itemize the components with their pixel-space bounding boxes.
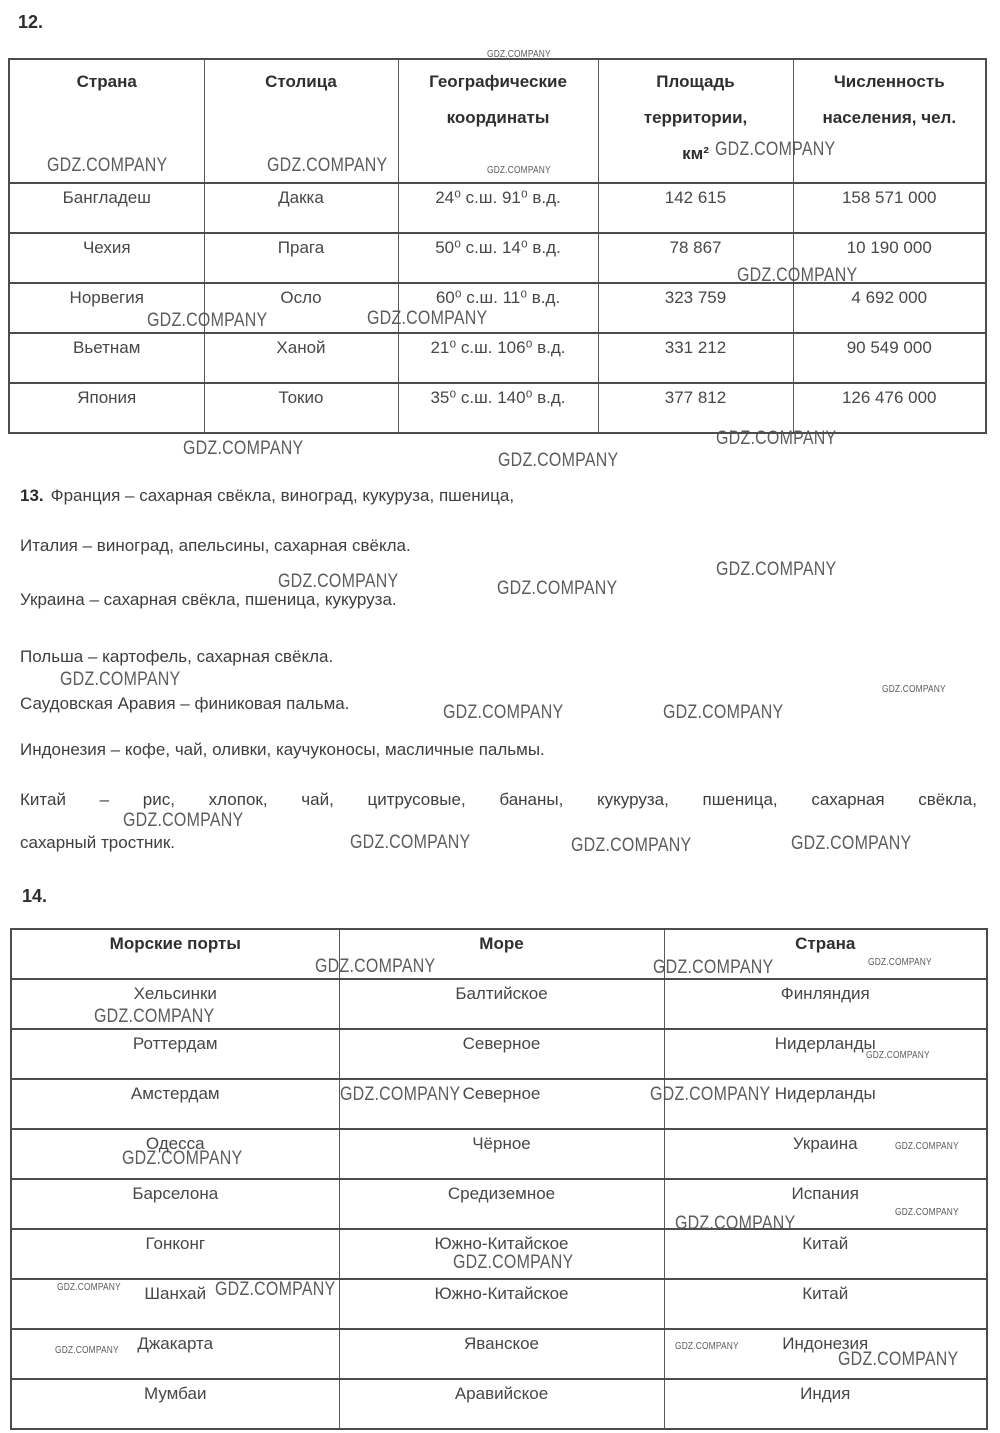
column-header: Численность населения, чел. bbox=[793, 59, 986, 183]
gdz-watermark: GDZ.COMPANY bbox=[663, 702, 783, 724]
table-cell: Чехия bbox=[9, 233, 204, 283]
table-cell: Китай bbox=[664, 1279, 987, 1329]
table-cell: Осло bbox=[204, 283, 398, 333]
table-cell: Украина bbox=[664, 1129, 987, 1179]
table-row: ДжакартаЯванскоеИндонезия bbox=[11, 1329, 987, 1379]
table-cell: Ханой bbox=[204, 333, 398, 383]
table-row: МумбаиАравийскоеИндия bbox=[11, 1379, 987, 1429]
table-cell: Чёрное bbox=[339, 1129, 664, 1179]
table-cell: 323 759 bbox=[598, 283, 793, 333]
table-cell: Дакка bbox=[204, 183, 398, 233]
gdz-watermark: GDZ.COMPANY bbox=[443, 702, 563, 724]
gdz-watermark: GDZ.COMPANY bbox=[716, 559, 836, 581]
gdz-watermark: GDZ.COMPANY bbox=[791, 833, 911, 855]
table-row: БангладешДакка24⁰ с.ш. 91⁰ в.д.142 61515… bbox=[9, 183, 986, 233]
gdz-watermark: GDZ.COMPANY bbox=[123, 810, 243, 832]
table-cell: Япония bbox=[9, 383, 204, 433]
sea-ports-table-body: ХельсинкиБалтийскоеФинляндияРоттердамСев… bbox=[11, 979, 987, 1429]
table-cell: Прага bbox=[204, 233, 398, 283]
table-cell: Токио bbox=[204, 383, 398, 433]
table-cell: Яванское bbox=[339, 1329, 664, 1379]
table-row: БарселонаСредиземноеИспания bbox=[11, 1179, 987, 1229]
column-header: Столица bbox=[204, 59, 398, 183]
table-cell: 21⁰ с.ш. 106⁰ в.д. bbox=[398, 333, 598, 383]
table-cell: Южно-Китайское bbox=[339, 1229, 664, 1279]
table-cell: Роттердам bbox=[11, 1029, 339, 1079]
column-header: Морские порты bbox=[11, 929, 339, 979]
table-cell: Южно-Китайское bbox=[339, 1279, 664, 1329]
crops-line-france: 13.Франция – сахарная свёкла, виноград, … bbox=[20, 486, 514, 506]
table-cell: Бангладеш bbox=[9, 183, 204, 233]
crops-line-poland: Польша – картофель, сахарная свёкла. bbox=[20, 647, 333, 667]
gdz-watermark: GDZ.COMPANY bbox=[498, 450, 618, 472]
table-cell: 24⁰ с.ш. 91⁰ в.д. bbox=[398, 183, 598, 233]
crops-line-ukraine: Украина – сахарная свёкла, пшеница, куку… bbox=[20, 590, 397, 610]
section-12-label: 12. bbox=[18, 12, 43, 33]
sea-ports-table: Морские портыМореСтрана ХельсинкиБалтийс… bbox=[10, 928, 988, 1430]
countries-table-header-row: СтранаСтолицаГеографические координатыПл… bbox=[9, 59, 986, 183]
table-cell: Финляндия bbox=[664, 979, 987, 1029]
gdz-watermark: GDZ.COMPANY bbox=[571, 835, 691, 857]
table-cell: Норвегия bbox=[9, 283, 204, 333]
table-row: ХельсинкиБалтийскоеФинляндия bbox=[11, 979, 987, 1029]
table-row: НорвегияОсло60⁰ с.ш. 11⁰ в.д.323 7594 69… bbox=[9, 283, 986, 333]
table-cell: Нидерланды bbox=[664, 1029, 987, 1079]
column-header: Страна bbox=[664, 929, 987, 979]
crops-line-italy: Италия – виноград, апельсины, сахарная с… bbox=[20, 536, 411, 556]
table-cell: Китай bbox=[664, 1229, 987, 1279]
section-13-label: 13. bbox=[20, 486, 44, 505]
table-cell: Аравийское bbox=[339, 1379, 664, 1429]
table-cell: 10 190 000 bbox=[793, 233, 986, 283]
gdz-watermark: GDZ.COMPANY bbox=[497, 578, 617, 600]
table-cell: Средиземное bbox=[339, 1179, 664, 1229]
table-cell: 35⁰ с.ш. 140⁰ в.д. bbox=[398, 383, 598, 433]
table-row: ЯпонияТокио35⁰ с.ш. 140⁰ в.д.377 812126 … bbox=[9, 383, 986, 433]
crops-text-france: Франция – сахарная свёкла, виноград, кук… bbox=[51, 486, 514, 505]
table-cell: Хельсинки bbox=[11, 979, 339, 1029]
countries-table-body: БангладешДакка24⁰ с.ш. 91⁰ в.д.142 61515… bbox=[9, 183, 986, 433]
table-cell: Вьетнам bbox=[9, 333, 204, 383]
table-cell: Индия bbox=[664, 1379, 987, 1429]
table-row: АмстердамСеверноеНидерланды bbox=[11, 1079, 987, 1129]
table-cell: Шанхай bbox=[11, 1279, 339, 1329]
table-cell: Балтийское bbox=[339, 979, 664, 1029]
table-cell: Испания bbox=[664, 1179, 987, 1229]
table-row: ШанхайЮжно-КитайскоеКитай bbox=[11, 1279, 987, 1329]
column-header: Страна bbox=[9, 59, 204, 183]
table-cell: Амстердам bbox=[11, 1079, 339, 1129]
table-row: ЧехияПрага50⁰ с.ш. 14⁰ в.д.78 86710 190 … bbox=[9, 233, 986, 283]
gdz-watermark: GDZ.COMPANY bbox=[350, 832, 470, 854]
crops-line-china: Китай – рис, хлопок, чай, цитрусовые, ба… bbox=[20, 790, 977, 810]
table-cell: 4 692 000 bbox=[793, 283, 986, 333]
table-cell: Северное bbox=[339, 1079, 664, 1129]
table-cell: 142 615 bbox=[598, 183, 793, 233]
table-row: ВьетнамХаной21⁰ с.ш. 106⁰ в.д.331 21290 … bbox=[9, 333, 986, 383]
crops-line-indonesia: Индонезия – кофе, чай, оливки, каучуконо… bbox=[20, 740, 545, 760]
table-cell: 158 571 000 bbox=[793, 183, 986, 233]
table-row: РоттердамСеверноеНидерланды bbox=[11, 1029, 987, 1079]
column-header: Площадь территории, км² bbox=[598, 59, 793, 183]
table-cell: Северное bbox=[339, 1029, 664, 1079]
gdz-watermark: GDZ.COMPANY bbox=[882, 684, 946, 695]
table-cell: 60⁰ с.ш. 11⁰ в.д. bbox=[398, 283, 598, 333]
section-14-label: 14. bbox=[22, 886, 47, 907]
table-cell: 50⁰ с.ш. 14⁰ в.д. bbox=[398, 233, 598, 283]
table-cell: Индонезия bbox=[664, 1329, 987, 1379]
table-cell: Барселона bbox=[11, 1179, 339, 1229]
table-row: ГонконгЮжно-КитайскоеКитай bbox=[11, 1229, 987, 1279]
column-header: Море bbox=[339, 929, 664, 979]
countries-table: СтранаСтолицаГеографические координатыПл… bbox=[8, 58, 987, 434]
worksheet-page: 12. СтранаСтолицаГеографические координа… bbox=[0, 0, 1000, 1433]
crops-line-saudi-arabia: Саудовская Аравия – финиковая пальма. bbox=[20, 694, 349, 714]
gdz-watermark: GDZ.COMPANY bbox=[60, 669, 180, 691]
table-cell: Нидерланды bbox=[664, 1079, 987, 1129]
table-row: ОдессаЧёрноеУкраина bbox=[11, 1129, 987, 1179]
table-cell: 377 812 bbox=[598, 383, 793, 433]
table-cell: 331 212 bbox=[598, 333, 793, 383]
table-cell: Гонконг bbox=[11, 1229, 339, 1279]
sea-ports-table-header-row: Морские портыМореСтрана bbox=[11, 929, 987, 979]
table-cell: Одесса bbox=[11, 1129, 339, 1179]
gdz-watermark: GDZ.COMPANY bbox=[183, 438, 303, 460]
table-cell: 78 867 bbox=[598, 233, 793, 283]
column-header: Географические координаты bbox=[398, 59, 598, 183]
table-cell: 126 476 000 bbox=[793, 383, 986, 433]
table-cell: Мумбаи bbox=[11, 1379, 339, 1429]
table-cell: Джакарта bbox=[11, 1329, 339, 1379]
crops-line-china-continued: сахарный тростник. bbox=[20, 833, 175, 853]
table-cell: 90 549 000 bbox=[793, 333, 986, 383]
